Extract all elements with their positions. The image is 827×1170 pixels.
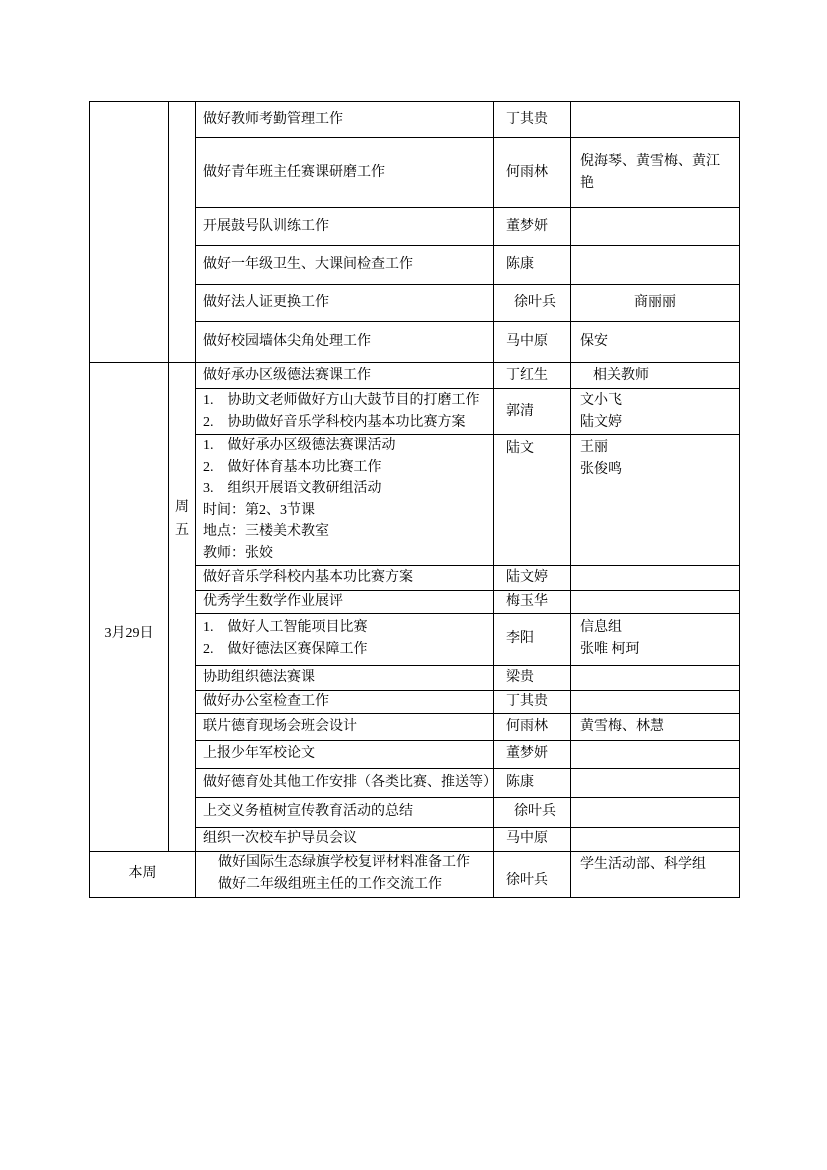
person-cell: 陆文 <box>494 435 571 566</box>
note-cell <box>571 208 740 246</box>
person-cell: 丁其贵 <box>494 690 571 713</box>
person-cell: 马中原 <box>494 322 571 363</box>
table-row: 3月29日周 五做好承办区级德法赛课工作丁红生相关教师 <box>90 363 740 389</box>
table-row: 本周做好国际生态绿旗学校复评材料准备工作 做好二年级组班主任的工作交流工作徐叶兵… <box>90 851 740 897</box>
person-cell: 陈康 <box>494 245 571 284</box>
document-page: 做好教师考勤管理工作丁其贵做好青年班主任赛课研磨工作何雨林倪海琴、黄雪梅、黄江艳… <box>0 0 827 1170</box>
task-cell: 协助组织德法赛课 <box>196 665 494 690</box>
note-cell <box>571 102 740 138</box>
task-cell: 做好教师考勤管理工作 <box>196 102 494 138</box>
task-cell: 做好音乐学科校内基本功比赛方案 <box>196 565 494 590</box>
task-cell: 1. 协助文老师做好方山大鼓节目的打磨工作 2. 协助做好音乐学科校内基本功比赛… <box>196 389 494 435</box>
schedule-body: 做好教师考勤管理工作丁其贵做好青年班主任赛课研磨工作何雨林倪海琴、黄雪梅、黄江艳… <box>90 102 740 898</box>
task-cell: 做好一年级卫生、大课间检查工作 <box>196 245 494 284</box>
note-cell <box>571 690 740 713</box>
note-cell <box>571 245 740 284</box>
note-cell <box>571 590 740 613</box>
person-cell: 郭清 <box>494 389 571 435</box>
task-cell: 做好法人证更换工作 <box>196 284 494 322</box>
note-cell <box>571 797 740 827</box>
task-cell: 做好青年班主任赛课研磨工作 <box>196 137 494 207</box>
person-cell: 丁其贵 <box>494 102 571 138</box>
task-cell: 做好国际生态绿旗学校复评材料准备工作 做好二年级组班主任的工作交流工作 <box>196 851 494 897</box>
person-cell: 何雨林 <box>494 137 571 207</box>
task-cell: 1. 做好人工智能项目比赛 2. 做好德法区赛保障工作 <box>196 613 494 665</box>
task-cell: 上报少年军校论文 <box>196 740 494 768</box>
date-cell: 3月29日 <box>90 363 169 852</box>
person-cell: 梁贵 <box>494 665 571 690</box>
date-cell <box>90 102 169 363</box>
note-cell: 保安 <box>571 322 740 363</box>
note-cell: 王丽 张俊鸣 <box>571 435 740 566</box>
task-cell: 联片德育现场会班会设计 <box>196 713 494 740</box>
note-cell <box>571 827 740 851</box>
schedule-table: 做好教师考勤管理工作丁其贵做好青年班主任赛课研磨工作何雨林倪海琴、黄雪梅、黄江艳… <box>89 101 740 898</box>
person-cell: 董梦妍 <box>494 740 571 768</box>
task-cell: 做好德育处其他工作安排（各类比赛、推送等） <box>196 768 494 797</box>
task-cell: 做好办公室检查工作 <box>196 690 494 713</box>
person-cell: 徐叶兵 <box>494 284 571 322</box>
task-cell: 1. 做好承办区级德法赛课活动 2. 做好体育基本功比赛工作 3. 组织开展语文… <box>196 435 494 566</box>
note-cell: 信息组 张唯 柯珂 <box>571 613 740 665</box>
task-cell: 做好承办区级德法赛课工作 <box>196 363 494 389</box>
date-label: 3月29日 <box>90 363 168 645</box>
person-cell: 何雨林 <box>494 713 571 740</box>
task-cell: 组织一次校车护导员会议 <box>196 827 494 851</box>
note-cell <box>571 665 740 690</box>
person-cell: 董梦妍 <box>494 208 571 246</box>
person-cell: 梅玉华 <box>494 590 571 613</box>
note-cell: 黄雪梅、林慧 <box>571 713 740 740</box>
person-cell: 丁红生 <box>494 363 571 389</box>
note-cell: 倪海琴、黄雪梅、黄江艳 <box>571 137 740 207</box>
person-cell: 陈康 <box>494 768 571 797</box>
person-cell: 李阳 <box>494 613 571 665</box>
note-cell <box>571 740 740 768</box>
person-cell: 徐叶兵 <box>494 851 571 897</box>
day-cell: 周 五 <box>169 363 196 852</box>
note-cell <box>571 768 740 797</box>
person-cell: 陆文婷 <box>494 565 571 590</box>
task-cell: 开展鼓号队训练工作 <box>196 208 494 246</box>
person-cell: 徐叶兵 <box>494 797 571 827</box>
note-cell: 学生活动部、科学组 <box>571 851 740 897</box>
task-cell: 做好校园墙体尖角处理工作 <box>196 322 494 363</box>
day-label: 周 五 <box>169 363 195 542</box>
note-cell: 相关教师 <box>571 363 740 389</box>
note-cell: 文小飞 陆文婷 <box>571 389 740 435</box>
week-label-cell: 本周 <box>90 851 196 897</box>
person-cell: 马中原 <box>494 827 571 851</box>
date-label <box>90 102 168 362</box>
note-cell: 商丽丽 <box>571 284 740 322</box>
day-cell <box>169 102 196 363</box>
note-cell <box>571 565 740 590</box>
table-row: 做好教师考勤管理工作丁其贵 <box>90 102 740 138</box>
day-label <box>169 102 195 235</box>
task-cell: 上交义务植树宣传教育活动的总结 <box>196 797 494 827</box>
task-cell: 优秀学生数学作业展评 <box>196 590 494 613</box>
